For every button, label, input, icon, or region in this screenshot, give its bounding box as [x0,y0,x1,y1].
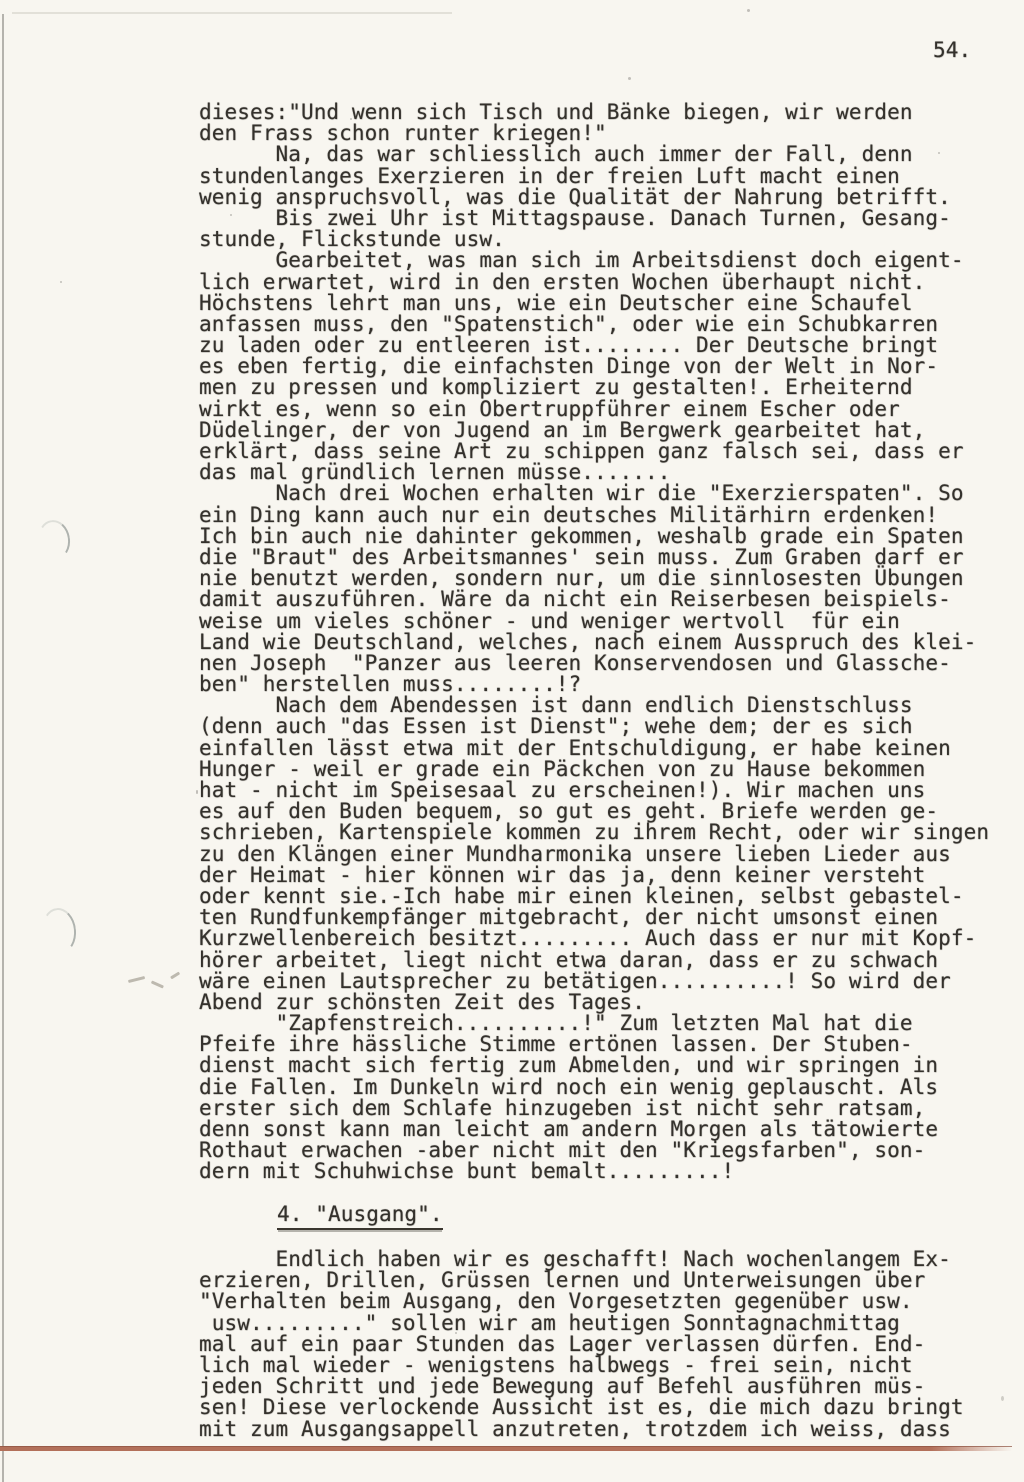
punch-hole-mark [40,906,79,955]
typed-line: mit zum Ausgangsappell anzutreten, trotz… [199,1419,964,1440]
typed-line: Abend zur schönsten Zeit des Tages. [199,992,989,1013]
typed-line: Land wie Deutschland, welches, nach eine… [199,632,989,653]
typed-line: "Verhalten beim Ausgang, den Vorgesetzte… [199,1291,964,1312]
typed-line: zu laden oder zu entleeren ist........ D… [199,335,989,356]
scan-speck [60,281,62,283]
typed-line: anfassen muss, den "Spatenstich", oder w… [199,314,989,335]
typed-line: es eben fertig, die einfachsten Dinge vo… [199,356,989,377]
typed-line: dieses:"Und wenn sich Tisch und Bänke bi… [199,102,989,123]
typed-line: wenig anspruchsvoll, was die Qualität de… [199,187,989,208]
typed-line: die Fallen. Im Dunkeln wird noch ein wen… [199,1077,989,1098]
typed-line: lich erwartet, wird in den ersten Wochen… [199,272,989,293]
typed-line: mal auf ein paar Stunden das Lager verla… [199,1334,964,1355]
pencil-mark [128,976,145,983]
typed-line: jeden Schritt und jede Bewegung auf Befe… [199,1376,964,1397]
typed-line: ein Ding kann auch nur ein deutsches Mil… [199,505,989,526]
typed-line: schrieben, Kartenspiele kommen zu ihrem … [199,822,989,843]
typed-line: Gearbeitet, was man sich im Arbeitsdiens… [199,250,989,271]
typed-line: ben" herstellen muss........!? [199,674,989,695]
typed-line: es auf den Buden bequem, so gut es geht.… [199,801,989,822]
typed-line: Kurzwellenbereich besitzt......... Auch … [199,928,989,949]
typed-line: damit auszuführen. Wäre da nicht ein Rei… [199,589,989,610]
section-heading-text: 4. "Ausgang". [277,1202,443,1230]
document-page: 54. dieses:"Und wenn sich Tisch und Bänk… [0,0,1024,1482]
typed-line: nie benutzt werden, sondern nur, um die … [199,568,989,589]
pencil-mark [151,980,164,988]
typed-line: stunde, Flickstunde usw. [199,229,989,250]
typed-line: Nach dem Abendessen ist dann endlich Die… [199,695,989,716]
typed-line: Düdelinger, der von Jugend an im Bergwer… [199,420,989,441]
typed-line: wirkt es, wenn so ein Obertruppführer ei… [199,399,989,420]
scan-speck [938,152,940,154]
typed-line: das mal gründlich lernen müsse....... [199,462,989,483]
typed-line: Endlich haben wir es geschafft! Nach woc… [199,1249,964,1270]
typed-line: einfallen lässt etwa mit der Entschuldig… [199,738,989,759]
typed-line: Na, das war schliesslich auch immer der … [199,144,989,165]
typed-line: (denn auch "das Essen ist Dienst"; wehe … [199,716,989,737]
typed-line: ten Rundfunkempfänger mitgebracht, der n… [199,907,989,928]
typed-line: zu den Klängen einer Mundharmonika unser… [199,844,989,865]
scan-speck [747,9,750,12]
typed-line: denn sonst kann man leicht am andern Mor… [199,1119,989,1140]
typed-line: weise um vieles schöner - und weniger we… [199,611,989,632]
section-heading: 4. "Ausgang". [277,1204,443,1225]
typed-line: usw........." sollen wir am heutigen Son… [199,1313,964,1334]
typed-line: erzieren, Drillen, Grüssen lernen und Un… [199,1270,964,1291]
typed-line: nen Joseph "Panzer aus leeren Konservend… [199,653,989,674]
typed-line: "Zapfenstreich..........!" Zum letzten M… [199,1013,989,1034]
punch-hole-mark [35,518,72,562]
typed-line: der Heimat - hier können wir das ja, den… [199,865,989,886]
typed-line: men zu pressen und kompliziert zu gestal… [199,377,989,398]
scan-speck [1001,1396,1004,1401]
typed-line: erster sich dem Schlafe hinzugeben ist n… [199,1098,989,1119]
scan-speck [230,214,232,216]
typed-line: Hunger - weil er grade ein Päckchen von … [199,759,989,780]
typed-line: Rothaut erwachen -aber nicht mit den "Kr… [199,1140,989,1161]
typed-line: die "Braut" des Arbeitsmannes' sein muss… [199,547,989,568]
scan-speck [455,1332,457,1334]
scan-speck [350,118,352,120]
typed-line: dern mit Schuhwichse bunt bemalt........… [199,1161,989,1182]
scan-edge-line-top [12,12,452,14]
bottom-separator-line [0,1446,1012,1451]
typed-line: wäre einen Lautsprecher zu betätigen....… [199,971,989,992]
typed-line: erklärt, dass seine Art zu schippen ganz… [199,441,989,462]
typed-line: Nach drei Wochen erhalten wir die "Exerz… [199,483,989,504]
typed-line: stundenlanges Exerzieren in der freien L… [199,166,989,187]
typed-line: oder kennt sie.-Ich habe mir einen klein… [199,886,989,907]
typed-line: den Frass schon runter kriegen!" [199,123,989,144]
pencil-mark [170,972,180,979]
typed-line: Pfeife ihre hässliche Stimme ertönen las… [199,1034,989,1055]
typed-line: dienst macht sich fertig zum Abmelden, u… [199,1055,989,1076]
body-text-block: dieses:"Und wenn sich Tisch und Bänke bi… [199,102,989,1183]
typed-line: Bis zwei Uhr ist Mittagspause. Danach Tu… [199,208,989,229]
page-number: 54. [933,40,971,61]
scan-speck [628,77,631,80]
scan-edge-line [2,14,4,1482]
typed-line: lich mal wieder - wenigstens halbwegs - … [199,1355,964,1376]
typed-line: hörer arbeitet, liegt nicht etwa daran, … [199,950,989,971]
typed-line: Höchstens lehrt man uns, wie ein Deutsch… [199,293,989,314]
typed-line: sen! Diese verlockende Aussicht ist es, … [199,1397,964,1418]
typed-line: hat - nicht im Speisesaal zu erscheinen!… [199,780,989,801]
scan-speck [196,790,198,794]
section-text-block: Endlich haben wir es geschafft! Nach woc… [199,1249,964,1440]
typed-line: Ich bin auch nie dahinter gekommen, wesh… [199,526,989,547]
